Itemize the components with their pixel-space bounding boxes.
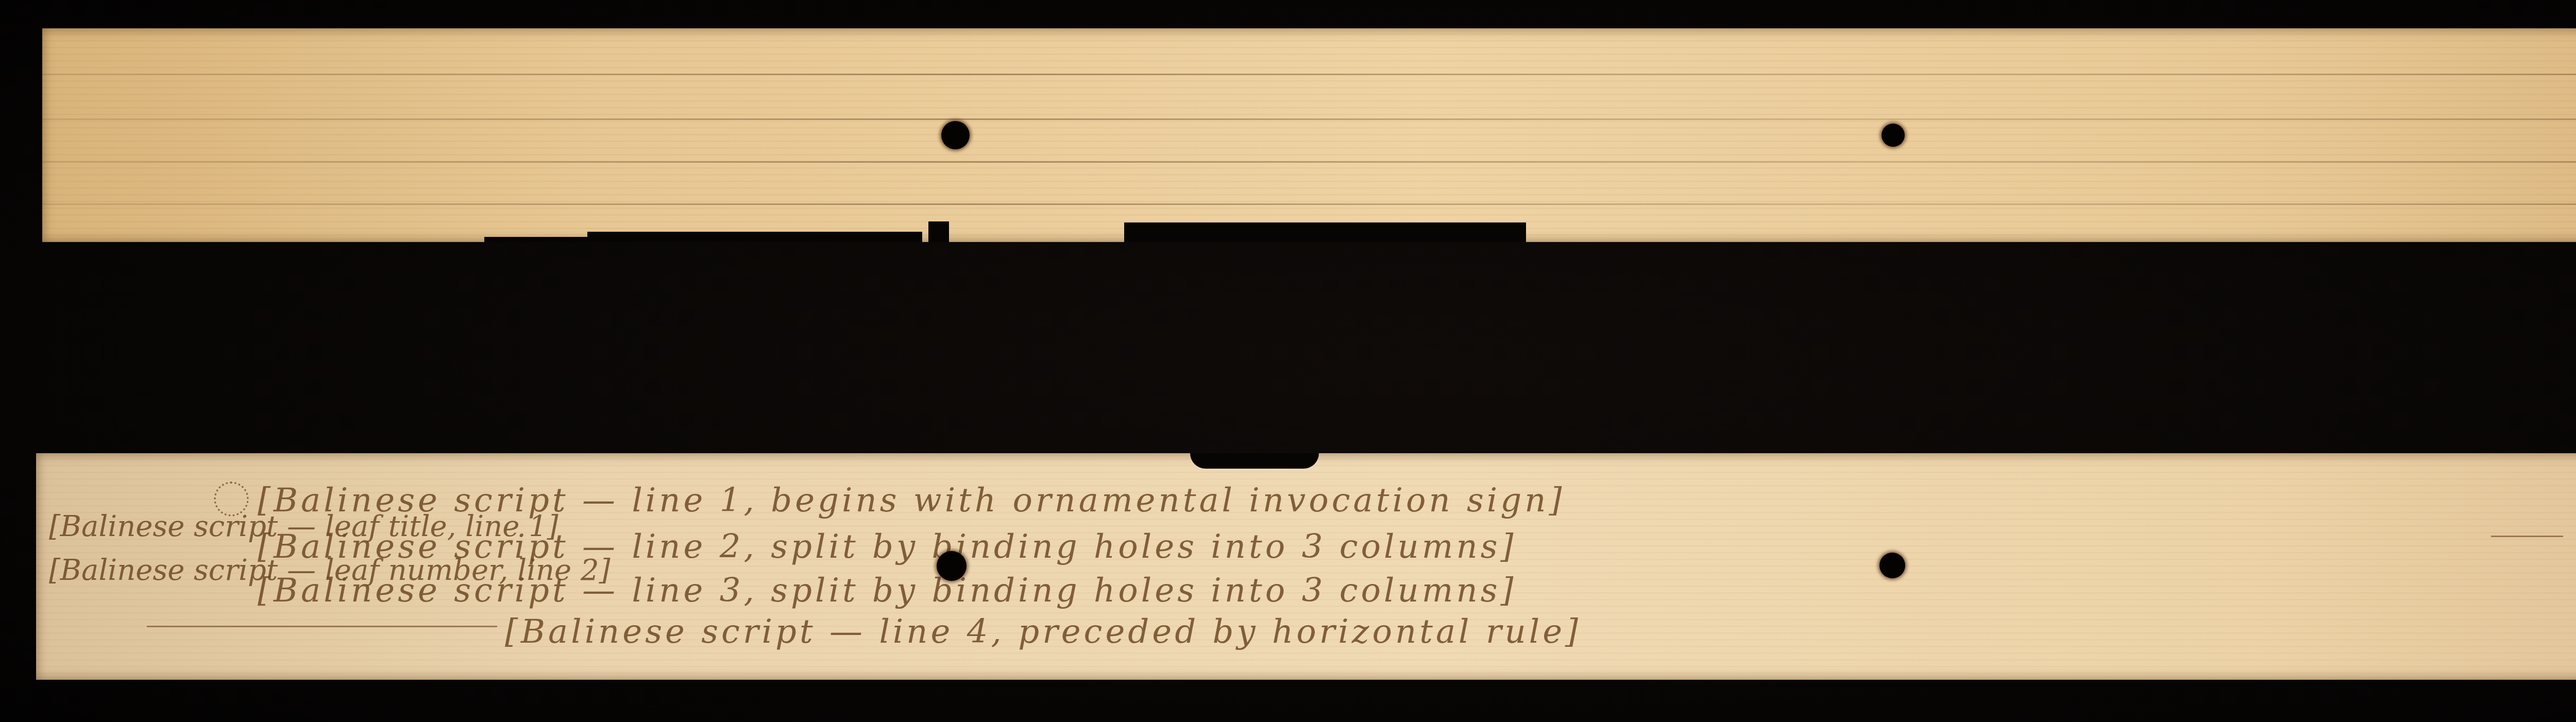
torn-edge [1124,222,1526,242]
binding-hole [1879,553,1905,578]
binding-hole [941,121,970,149]
line-end-rule [2491,536,2563,537]
top-palm-leaf [42,28,2576,242]
leaf-vein [42,74,2576,75]
script-line-4: [Balinese script — line 4, preceded by h… [505,613,1581,651]
torn-edge [484,237,587,242]
torn-edge [928,221,949,242]
invocation-ornament-icon [214,482,249,517]
leaf-vein [42,161,2576,163]
torn-edge [587,232,922,242]
horizontal-rule [147,626,497,627]
bottom-palm-leaf: [Balinese script — leaf title, line 1] [… [36,453,2576,680]
script-line-1: [Balinese script — line 1, begins with o… [258,482,1565,520]
leaf-vein [42,203,2576,205]
leaf-vein [42,118,2576,120]
binding-hole [937,551,967,581]
binding-hole [1882,124,1905,147]
script-line-2: [Balinese script — line 2, split by bind… [258,528,1516,566]
script-line-3: [Balinese script — line 3, split by bind… [258,572,1516,610]
torn-notch [1190,453,1319,469]
